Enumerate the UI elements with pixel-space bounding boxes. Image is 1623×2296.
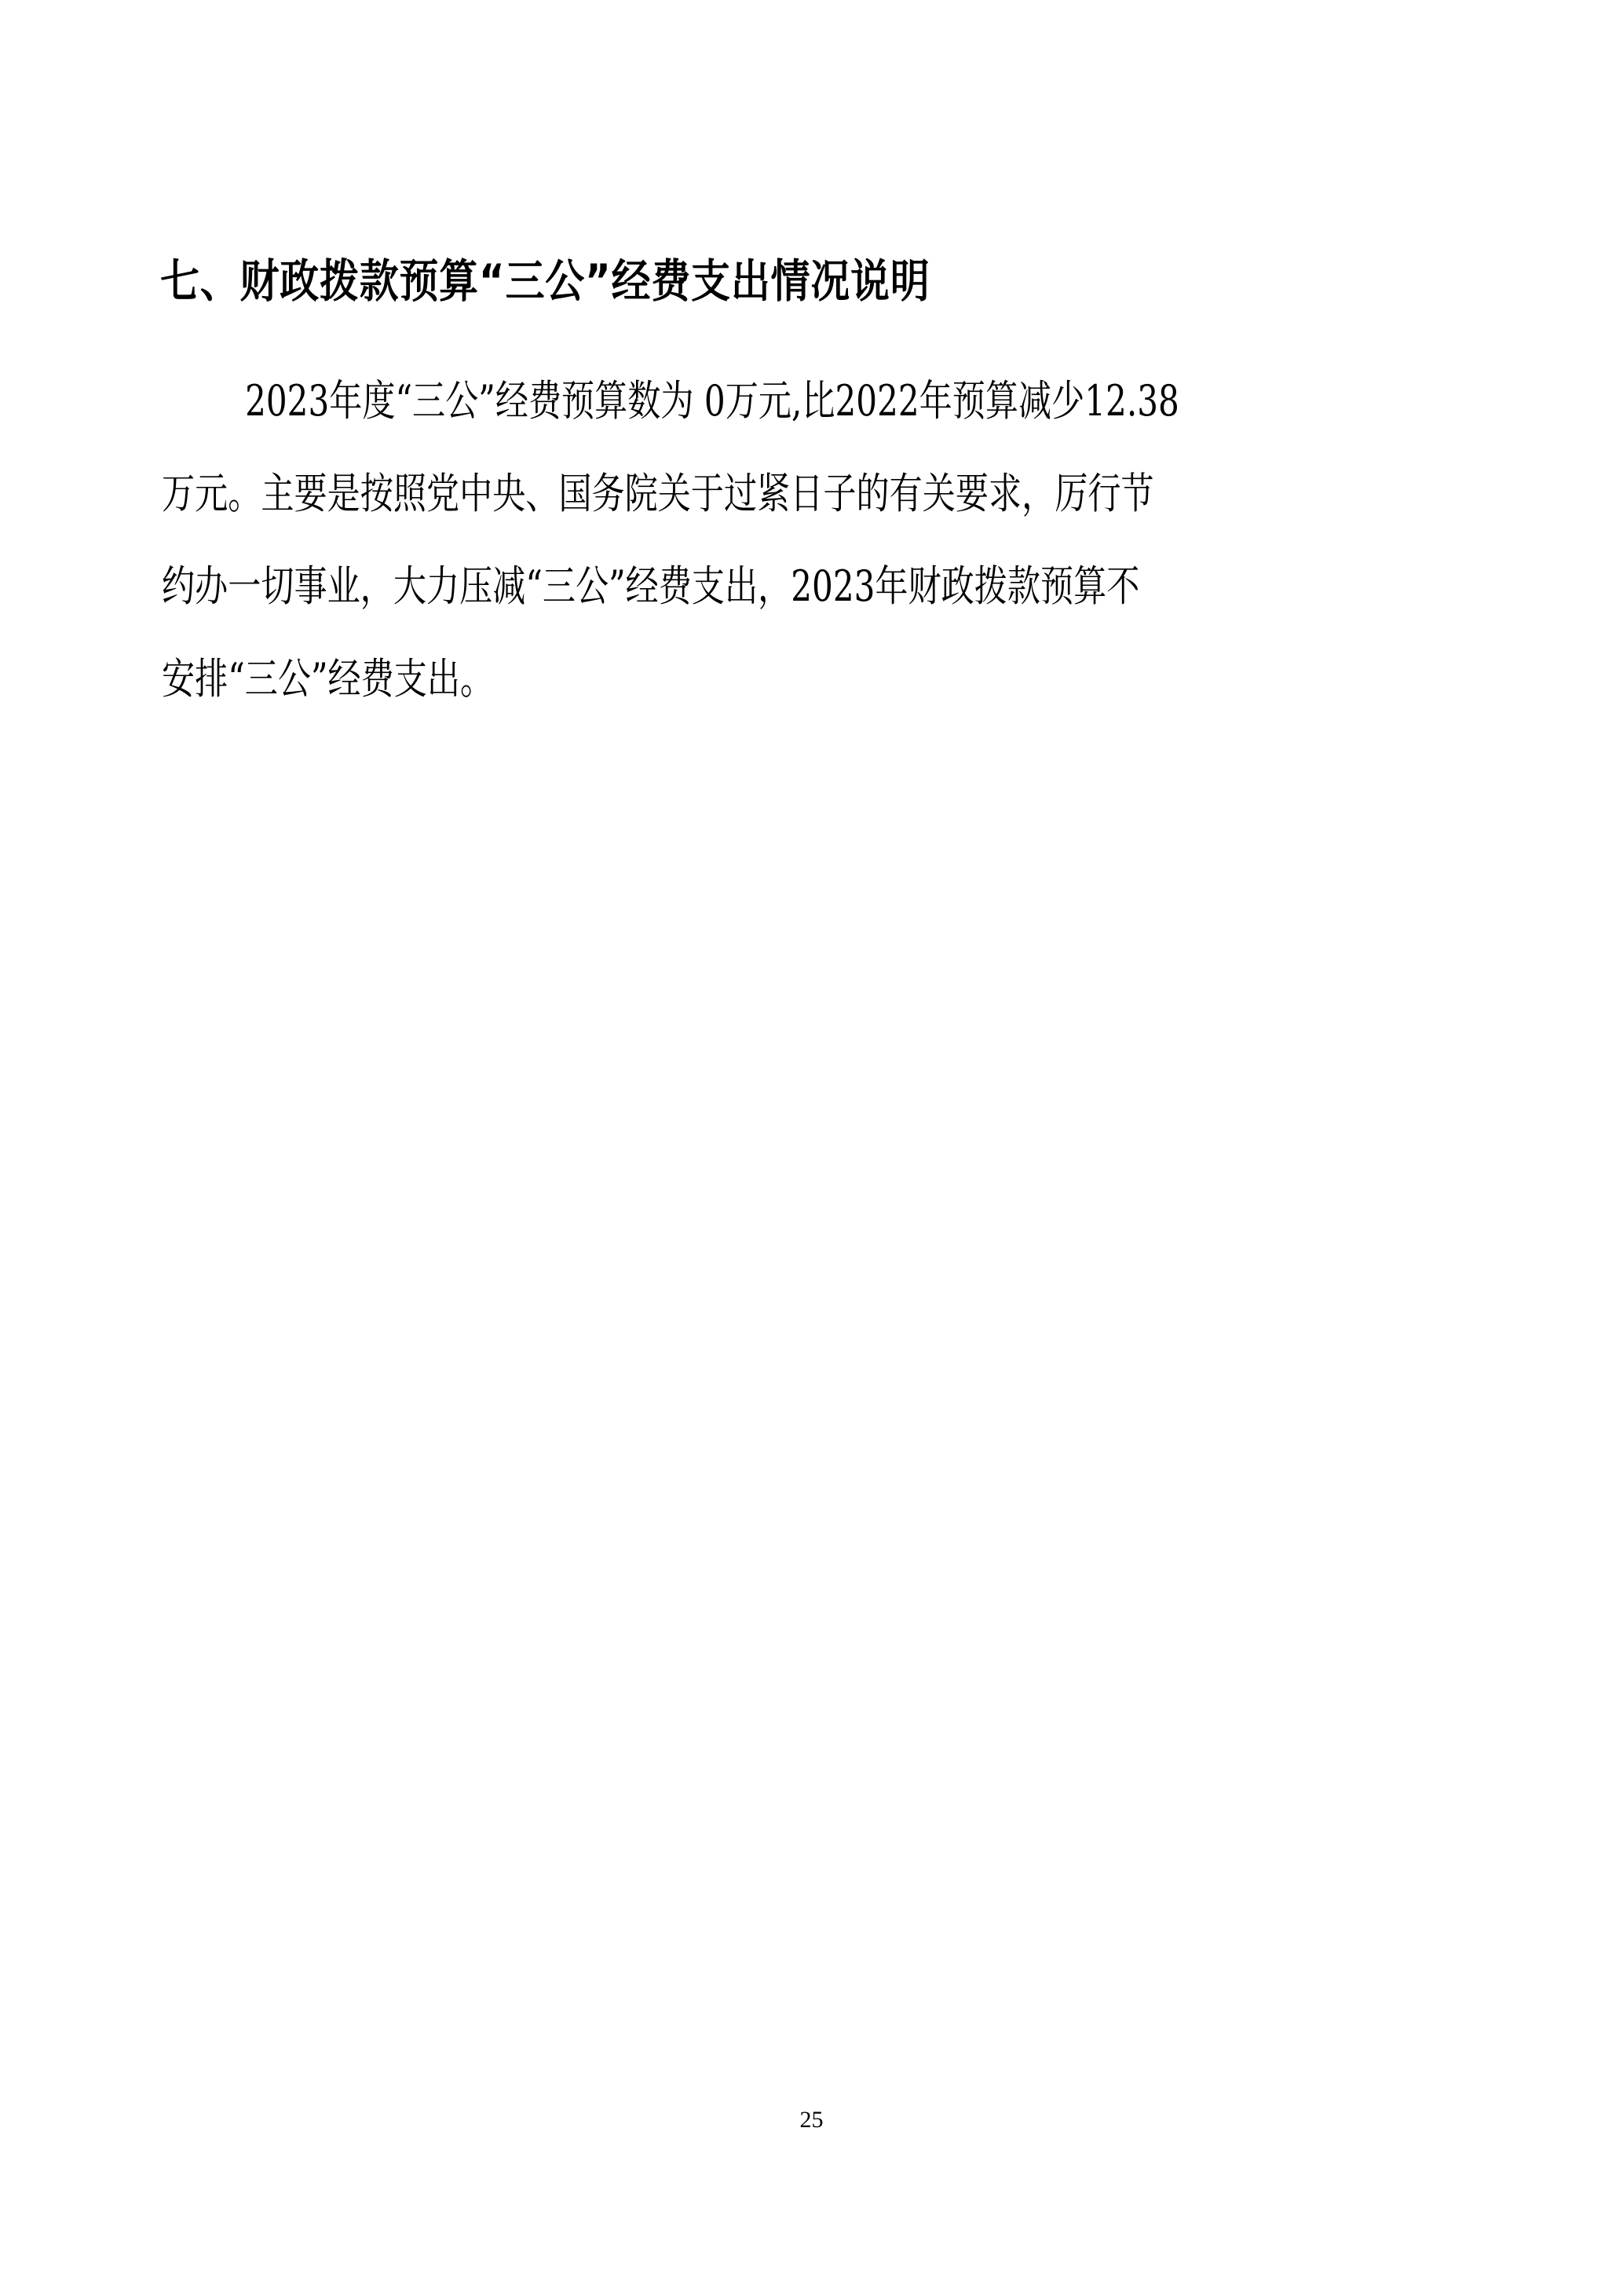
paragraph-line-1: 2023年度“三公”经费预算数为 0万元,比2022年预算减少12.38 bbox=[162, 355, 1531, 448]
section-heading: 七、财政拨款预算“三公”经费支出情况说明 bbox=[160, 250, 930, 313]
paragraph-line-3: 约办一切事业，大力压减“三公”经费支出，2023年财政拨款预算不 bbox=[162, 540, 1448, 633]
body-paragraph: 2023年度“三公”经费预算数为 0万元,比2022年预算减少12.38 万元。… bbox=[162, 355, 1465, 726]
paragraph-line-4: 安排“三公”经费支出。 bbox=[162, 633, 1448, 726]
document-page: 七、财政拨款预算“三公”经费支出情况说明 2023年度“三公”经费预算数为 0万… bbox=[0, 0, 1623, 2296]
page-number: 25 bbox=[0, 2106, 1623, 2134]
paragraph-line-2: 万元。主要是按照党中央、国务院关于过紧日子的有关要求，厉行节 bbox=[162, 448, 1448, 540]
